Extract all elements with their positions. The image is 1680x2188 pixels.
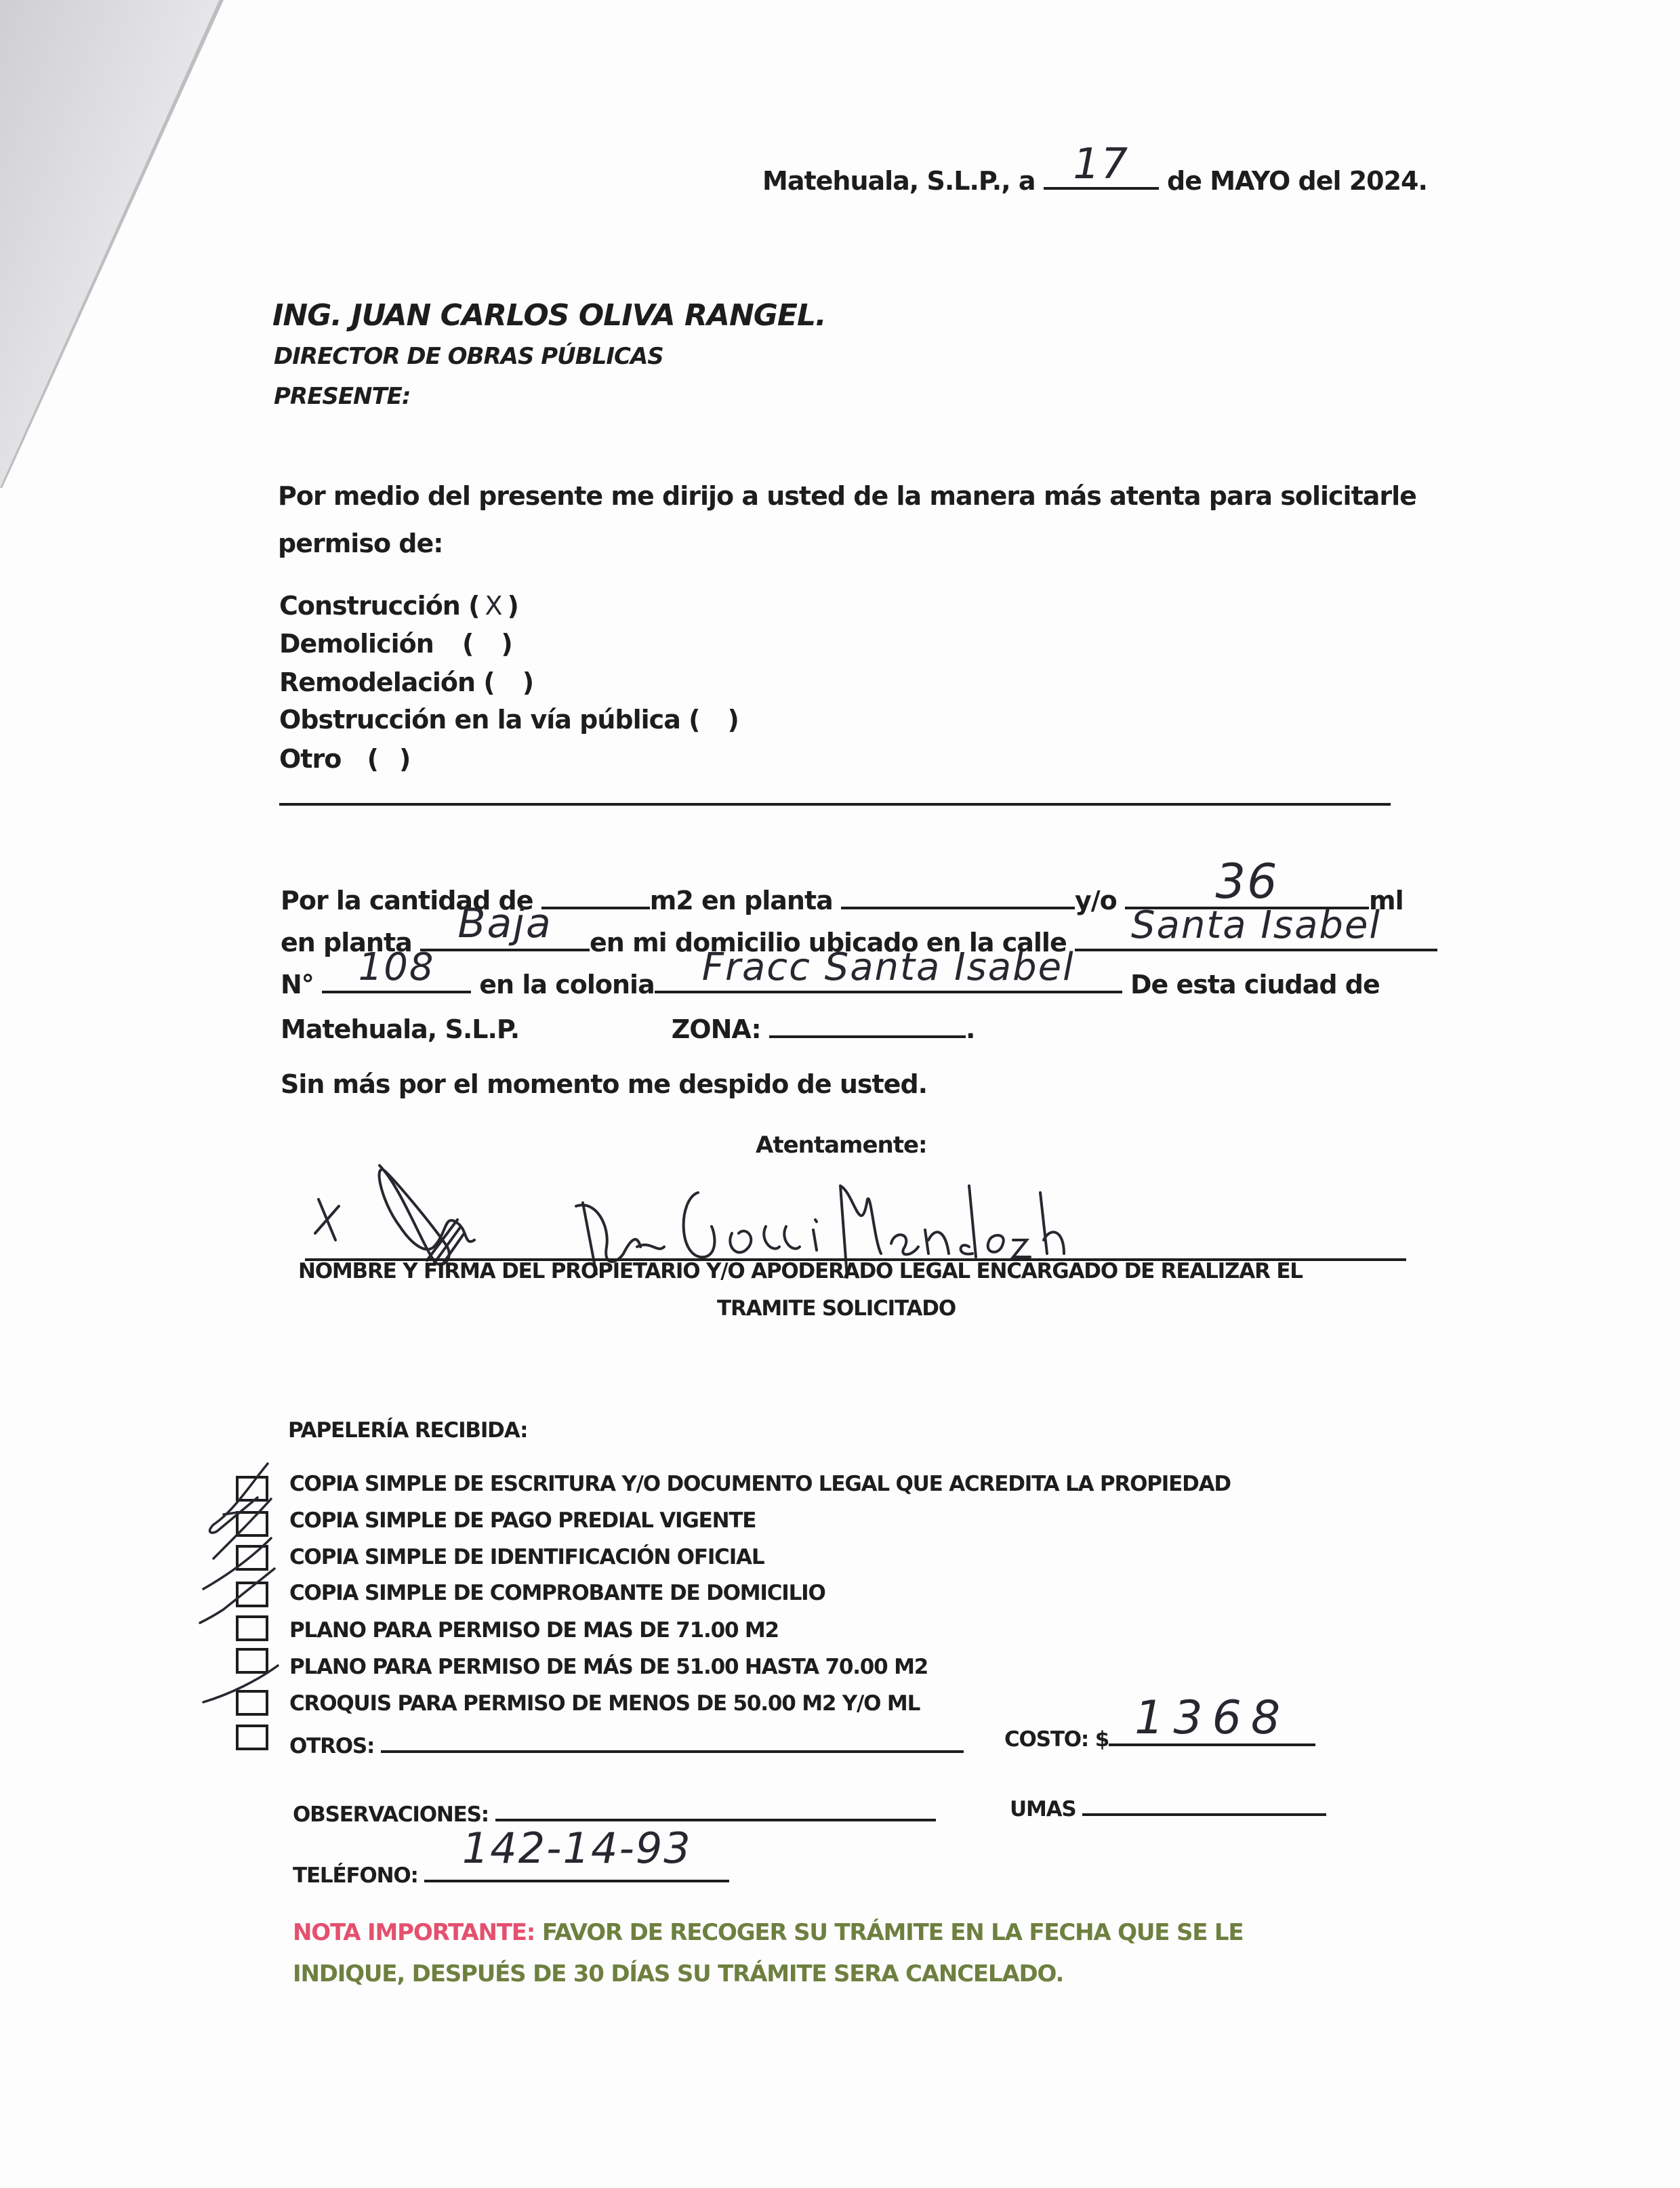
umas-field[interactable] (1082, 1792, 1326, 1816)
checkmark-strokes-icon (197, 1450, 305, 1748)
otros-field[interactable] (381, 1729, 964, 1753)
nota-line-1: NOTA IMPORTANTE: FAVOR DE RECOGER SU TRÁ… (293, 1919, 1243, 1946)
observaciones-field[interactable] (495, 1798, 936, 1821)
numero-field[interactable]: 108 (322, 965, 471, 993)
telefono-group: TELÉFONO: 142-14-93 (293, 1859, 729, 1888)
papeleria-item-domicilio: COPIA SIMPLE DE COMPROBANTE DE DOMICILIO (289, 1581, 825, 1605)
calle-value: Santa Isabel (1075, 903, 1437, 947)
papeleria-item-plano-71: PLANO PARA PERMISO DE MAS DE 71.00 M2 (289, 1618, 779, 1643)
date-day-value: 17 (1044, 139, 1159, 188)
nota-text-1: FAVOR DE RECOGER SU TRÁMITE EN LA FECHA … (542, 1919, 1244, 1946)
costo-field[interactable]: 1368 (1109, 1722, 1315, 1746)
intro-line-1: Por medio del presente me dirijo a usted… (278, 481, 1416, 511)
papeleria-item-escritura: COPIA SIMPLE DE ESCRITURA Y/O DOCUMENTO … (289, 1472, 1231, 1496)
telefono-value: 142-14-93 (424, 1823, 729, 1873)
planta-field[interactable] (841, 881, 1075, 909)
telefono-label: TELÉFONO: (293, 1863, 418, 1888)
signature-caption-line-1: NOMBRE Y FIRMA DEL PROPIETARIO Y/O APODE… (298, 1259, 1303, 1283)
colonia-value: Fracc Santa Isabel (655, 945, 1122, 989)
date-month-year: de MAYO del 2024. (1167, 166, 1427, 196)
addressee-greeting: PRESENTE: (274, 383, 411, 410)
farewell: Sin más por el momento me despido de ust… (281, 1069, 927, 1099)
otro-description-line[interactable] (279, 803, 1391, 806)
nota-text-2: INDIQUE, DESPUÉS DE 30 DÍAS SU TRÁMITE S… (293, 1960, 1063, 1987)
intro-line-2: permiso de: (278, 529, 443, 558)
papeleria-item-otros: OTROS: (289, 1729, 964, 1758)
nota-label: NOTA IMPORTANTE: (293, 1919, 535, 1946)
umas-group: UMAS (1010, 1792, 1326, 1821)
permit-construccion[interactable]: Construcción (X) (279, 591, 519, 621)
date-place: Matehuala, S.L.P., a (762, 166, 1036, 196)
papeleria-title: PAPELERÍA RECIBIDA: (288, 1418, 527, 1443)
date-line: Matehuala, S.L.P., a 17 de MAYO del 2024… (762, 161, 1427, 196)
umas-label: UMAS (1010, 1797, 1076, 1821)
addressee-title: DIRECTOR DE OBRAS PÚBLICAS (274, 343, 663, 370)
colonia-field[interactable]: Fracc Santa Isabel (655, 965, 1122, 993)
city: Matehuala, S.L.P. (281, 1014, 519, 1044)
permit-obstruccion[interactable]: Obstrucción en la vía pública () (279, 705, 739, 735)
costo-field-group: COSTO: $1368 (1004, 1722, 1315, 1752)
papeleria-item-croquis: CROQUIS PARA PERMISO DE MENOS DE 50.00 M… (289, 1691, 920, 1716)
address-line-2: N° 108 en la coloniaFracc Santa Isabel D… (281, 965, 1380, 999)
signature-caption-line-2: TRAMITE SOLICITADO (717, 1296, 956, 1321)
date-day-field[interactable]: 17 (1044, 161, 1159, 190)
observaciones-group: OBSERVACIONES: (293, 1798, 936, 1827)
addressee-name: ING. JUAN CARLOS OLIVA RANGEL. (272, 298, 826, 333)
permit-construccion-mark: X (480, 591, 507, 621)
city-line: Matehuala, S.L.P. ZONA: . (281, 1010, 975, 1044)
permit-remodelacion[interactable]: Remodelación () (279, 667, 534, 697)
papeleria-item-identificacion: COPIA SIMPLE DE IDENTIFICACIÓN OFICIAL (289, 1545, 764, 1569)
numero-value: 108 (322, 945, 471, 989)
permit-otro[interactable]: Otro () (279, 744, 411, 774)
papeleria-item-plano-51-70: PLANO PARA PERMISO DE MÁS DE 51.00 HASTA… (289, 1655, 928, 1679)
planta-value: Baja (420, 900, 590, 947)
papeleria-item-predial: COPIA SIMPLE DE PAGO PREDIAL VIGENTE (289, 1508, 756, 1533)
telefono-field[interactable]: 142-14-93 (424, 1859, 729, 1882)
costo-value: 1368 (1109, 1691, 1315, 1745)
zona-field[interactable] (769, 1010, 966, 1038)
permit-demolicion[interactable]: Demolición () (279, 629, 513, 659)
ml-value: 36 (1125, 854, 1369, 909)
calle-field[interactable]: Santa Isabel (1075, 923, 1437, 951)
costo-label: COSTO: $ (1004, 1727, 1109, 1752)
